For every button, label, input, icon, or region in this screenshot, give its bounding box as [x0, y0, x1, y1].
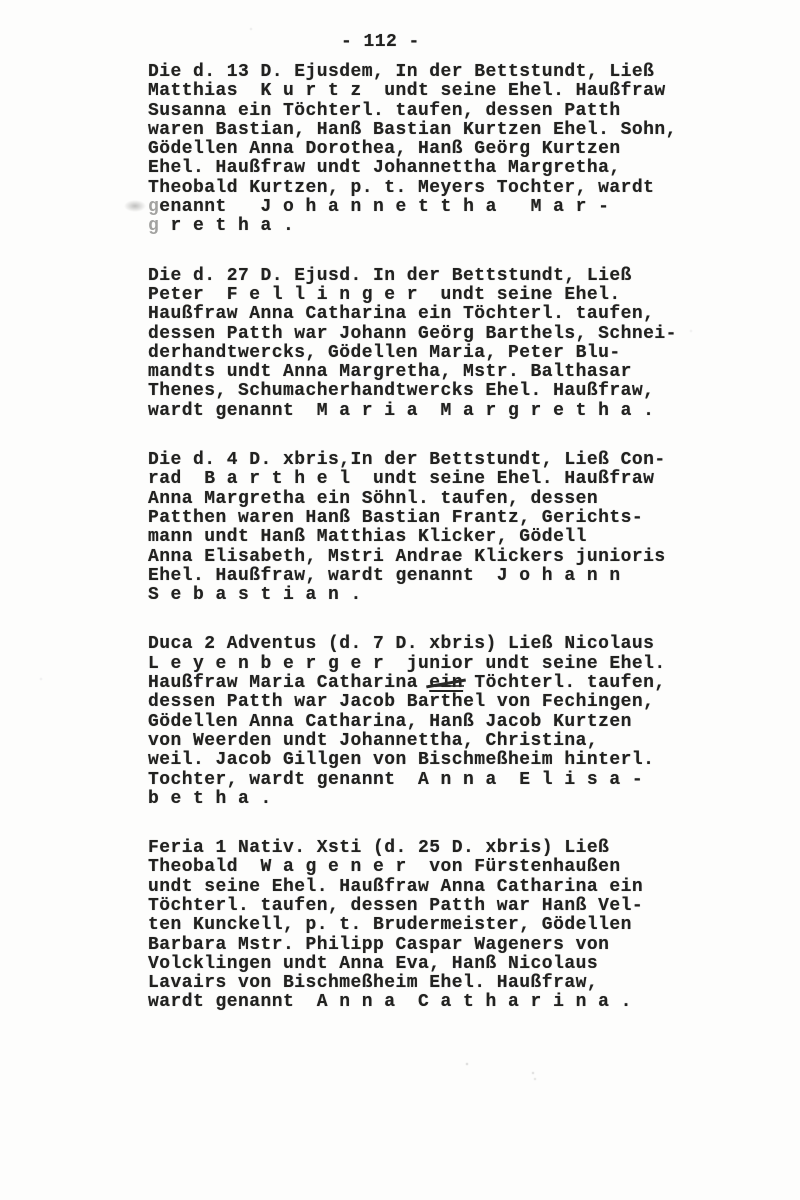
record-line: dessen Patth war Jacob Barthel von Fechi…: [148, 693, 708, 712]
text-segment: Matthias K u r t z undt seine Ehel. Hauß…: [148, 81, 666, 101]
text-segment: Töchterl. taufen,: [463, 673, 666, 693]
record-line: Haußfraw Maria Catharina ein Töchterl. t…: [148, 674, 708, 693]
record-line: Anna Margretha ein Söhnl. taufen, dessen: [148, 490, 708, 509]
record-line: mandts undt Anna Margretha, Mstr. Baltha…: [148, 363, 708, 382]
overstruck-word: ein: [429, 674, 463, 693]
text-segment: wardt genannt A n n a C a t h a r i n a …: [148, 992, 632, 1012]
text-segment: b e t h a .: [148, 789, 272, 809]
scanned-register-page: - 112 - Die d. 13 D. Ejusdem, In der Bet…: [0, 0, 800, 1200]
record-line: weil. Jacob Gillgen von Bischmeßheim hin…: [148, 751, 708, 770]
text-segment: Feria 1 Nativ. Xsti (d. 25 D. xbris) Lie…: [148, 838, 609, 858]
text-segment: Patthen waren Hanß Bastian Frantz, Geric…: [148, 508, 643, 528]
record-line: wardt genannt A n n a C a t h a r i n a …: [148, 993, 708, 1012]
text-segment: Die d. 13 D. Ejusdem, In der Bettstundt,…: [148, 62, 654, 82]
faded-letter: g: [148, 216, 159, 236]
text-segment: Duca 2 Adventus (d. 7 D. xbris) Ließ Nic…: [148, 634, 654, 654]
record-line: dessen Patth war Johann Geörg Barthels, …: [148, 325, 708, 344]
baptism-record: Die d. 27 D. Ejusd. In der Bettstundt, L…: [148, 267, 708, 421]
record-line: Thenes, Schumacherhandtwercks Ehel. Hauß…: [148, 382, 708, 401]
text-segment: Gödellen Anna Dorothea, Hanß Geörg Kurtz…: [148, 139, 621, 159]
text-segment: Theobald Kurtzen, p. t. Meyers Tochter, …: [148, 178, 654, 198]
record-line: Gödellen Anna Catharina, Hanß Jacob Kurt…: [148, 713, 708, 732]
text-segment: Die d. 4 D. xbris,In der Bettstundt, Lie…: [148, 450, 666, 470]
text-segment: ten Kunckell, p. t. Brudermeister, Gödel…: [148, 915, 632, 935]
text-segment: Haußfraw Anna Catharina ein Töchterl. ta…: [148, 304, 654, 324]
record-line: Die d. 27 D. Ejusd. In der Bettstundt, L…: [148, 267, 708, 286]
faded-letter: g: [148, 197, 159, 217]
record-line: derhandtwercks, Gödellen Maria, Peter Bl…: [148, 344, 708, 363]
text-segment: Tochter, wardt genannt A n n a E l i s a…: [148, 770, 643, 790]
text-segment: Barbara Mstr. Philipp Caspar Wageners vo…: [148, 935, 609, 955]
text-segment: undt seine Ehel. Haußfraw Anna Catharina…: [148, 877, 643, 897]
baptism-record: Duca 2 Adventus (d. 7 D. xbris) Ließ Nic…: [148, 635, 708, 809]
text-segment: Die d. 27 D. Ejusd. In der Bettstundt, L…: [148, 266, 632, 286]
text-segment: Ehel. Haußfraw, wardt genannt J o h a n …: [148, 566, 621, 586]
baptism-record: Die d. 4 D. xbris,In der Bettstundt, Lie…: [148, 451, 708, 605]
text-segment: von Weerden undt Johannettha, Christina,: [148, 731, 598, 751]
record-line: mann undt Hanß Matthias Klicker, Gödell: [148, 528, 708, 547]
text-segment: Töchterl. taufen, dessen Patth war Hanß …: [148, 896, 643, 916]
text-segment: mandts undt Anna Margretha, Mstr. Baltha…: [148, 362, 632, 382]
record-line: b e t h a .: [148, 790, 708, 809]
record-line: L e y e n b e r g e r junior undt seine …: [148, 655, 708, 674]
text-segment: enannt J o h a n n e t t h a M a r -: [159, 197, 609, 217]
text-segment: S e b a s t i a n .: [148, 585, 362, 605]
record-line: Ehel. Haußfraw, wardt genannt J o h a n …: [148, 567, 708, 586]
text-segment: dessen Patth war Johann Geörg Barthels, …: [148, 324, 677, 344]
text-segment: Anna Elisabeth, Mstri Andrae Klickers ju…: [148, 547, 666, 567]
record-line: Haußfraw Anna Catharina ein Töchterl. ta…: [148, 305, 708, 324]
text-segment: Volcklingen undt Anna Eva, Hanß Nicolaus: [148, 954, 598, 974]
text-segment: Ehel. Haußfraw undt Johannettha Margreth…: [148, 158, 621, 178]
record-line: Barbara Mstr. Philipp Caspar Wageners vo…: [148, 936, 708, 955]
record-line: ten Kunckell, p. t. Brudermeister, Gödel…: [148, 916, 708, 935]
record-line: Lavairs von Bischmeßheim Ehel. Haußfraw,: [148, 974, 708, 993]
page-number: - 112 -: [341, 33, 420, 52]
record-line: Die d. 4 D. xbris,In der Bettstundt, Lie…: [148, 451, 708, 470]
scan-noise-specks: [0, 0, 2, 2]
records-container: Die d. 13 D. Ejusdem, In der Bettstundt,…: [148, 63, 708, 1013]
text-segment: Peter F e l l i n g e r undt seine Ehel.: [148, 285, 621, 305]
text-segment: Lavairs von Bischmeßheim Ehel. Haußfraw,: [148, 973, 598, 993]
record-line: Feria 1 Nativ. Xsti (d. 25 D. xbris) Lie…: [148, 839, 708, 858]
record-line: Patthen waren Hanß Bastian Frantz, Geric…: [148, 509, 708, 528]
record-line: Die d. 13 D. Ejusdem, In der Bettstundt,…: [148, 63, 708, 82]
record-line: wardt genannt M a r i a M a r g r e t h …: [148, 402, 708, 421]
record-line: Anna Elisabeth, Mstri Andrae Klickers ju…: [148, 548, 708, 567]
text-segment: rad B a r t h e l undt seine Ehel. Haußf…: [148, 469, 654, 489]
record-line: Theobald Kurtzen, p. t. Meyers Tochter, …: [148, 179, 708, 198]
record-line: S e b a s t i a n .: [148, 586, 708, 605]
record-line: Duca 2 Adventus (d. 7 D. xbris) Ließ Nic…: [148, 635, 708, 654]
record-line: Töchterl. taufen, dessen Patth war Hanß …: [148, 897, 708, 916]
text-segment: Susanna ein Töchterl. taufen, dessen Pat…: [148, 101, 621, 121]
record-line: von Weerden undt Johannettha, Christina,: [148, 732, 708, 751]
text-segment: waren Bastian, Hanß Bastian Kurtzen Ehel…: [148, 120, 677, 140]
text-segment: derhandtwercks, Gödellen Maria, Peter Bl…: [148, 343, 621, 363]
record-line: waren Bastian, Hanß Bastian Kurtzen Ehel…: [148, 121, 708, 140]
text-segment: Haußfraw Maria Catharina: [148, 673, 429, 693]
text-segment: weil. Jacob Gillgen von Bischmeßheim hin…: [148, 750, 654, 770]
text-segment: r e t h a .: [159, 216, 294, 236]
record-line: Theobald W a g e n e r von Fürstenhaußen: [148, 858, 708, 877]
text-segment: dessen Patth war Jacob Ba: [148, 692, 429, 712]
text-segment: Theobald W a g e n e r von Fürstenhaußen: [148, 857, 621, 877]
text-segment: wardt genannt M a r i a M a r g r e t h …: [148, 401, 654, 421]
text-segment: el von Fechingen,: [463, 692, 654, 712]
text-segment: Gödellen Anna Catharina, Hanß Jacob Kurt…: [148, 712, 632, 732]
record-line: Matthias K u r t z undt seine Ehel. Hauß…: [148, 82, 708, 101]
record-line: Susanna ein Töchterl. taufen, dessen Pat…: [148, 102, 708, 121]
record-line: Peter F e l l i n g e r undt seine Ehel.: [148, 286, 708, 305]
record-line: Volcklingen undt Anna Eva, Hanß Nicolaus: [148, 955, 708, 974]
record-line: Tochter, wardt genannt A n n a E l i s a…: [148, 771, 708, 790]
record-line: undt seine Ehel. Haußfraw Anna Catharina…: [148, 878, 708, 897]
record-line: g r e t h a .: [148, 217, 708, 236]
text-segment: mann undt Hanß Matthias Klicker, Gödell: [148, 527, 587, 547]
ink-smudge: [124, 200, 146, 212]
record-line: Ehel. Haußfraw undt Johannettha Margreth…: [148, 159, 708, 178]
text-segment: Thenes, Schumacherhandtwercks Ehel. Hauß…: [148, 381, 654, 401]
baptism-record: Die d. 13 D. Ejusdem, In der Bettstundt,…: [148, 63, 708, 237]
record-line: rad B a r t h e l undt seine Ehel. Haußf…: [148, 470, 708, 489]
text-segment: Anna Margretha ein Söhnl. taufen, dessen: [148, 489, 598, 509]
overtyped-letters: rth: [429, 692, 463, 712]
text-segment: L e y e n b e r g e r junior undt seine …: [148, 654, 666, 674]
record-line: genannt J o h a n n e t t h a M a r -: [148, 198, 708, 217]
record-line: Gödellen Anna Dorothea, Hanß Geörg Kurtz…: [148, 140, 708, 159]
baptism-record: Feria 1 Nativ. Xsti (d. 25 D. xbris) Lie…: [148, 839, 708, 1013]
